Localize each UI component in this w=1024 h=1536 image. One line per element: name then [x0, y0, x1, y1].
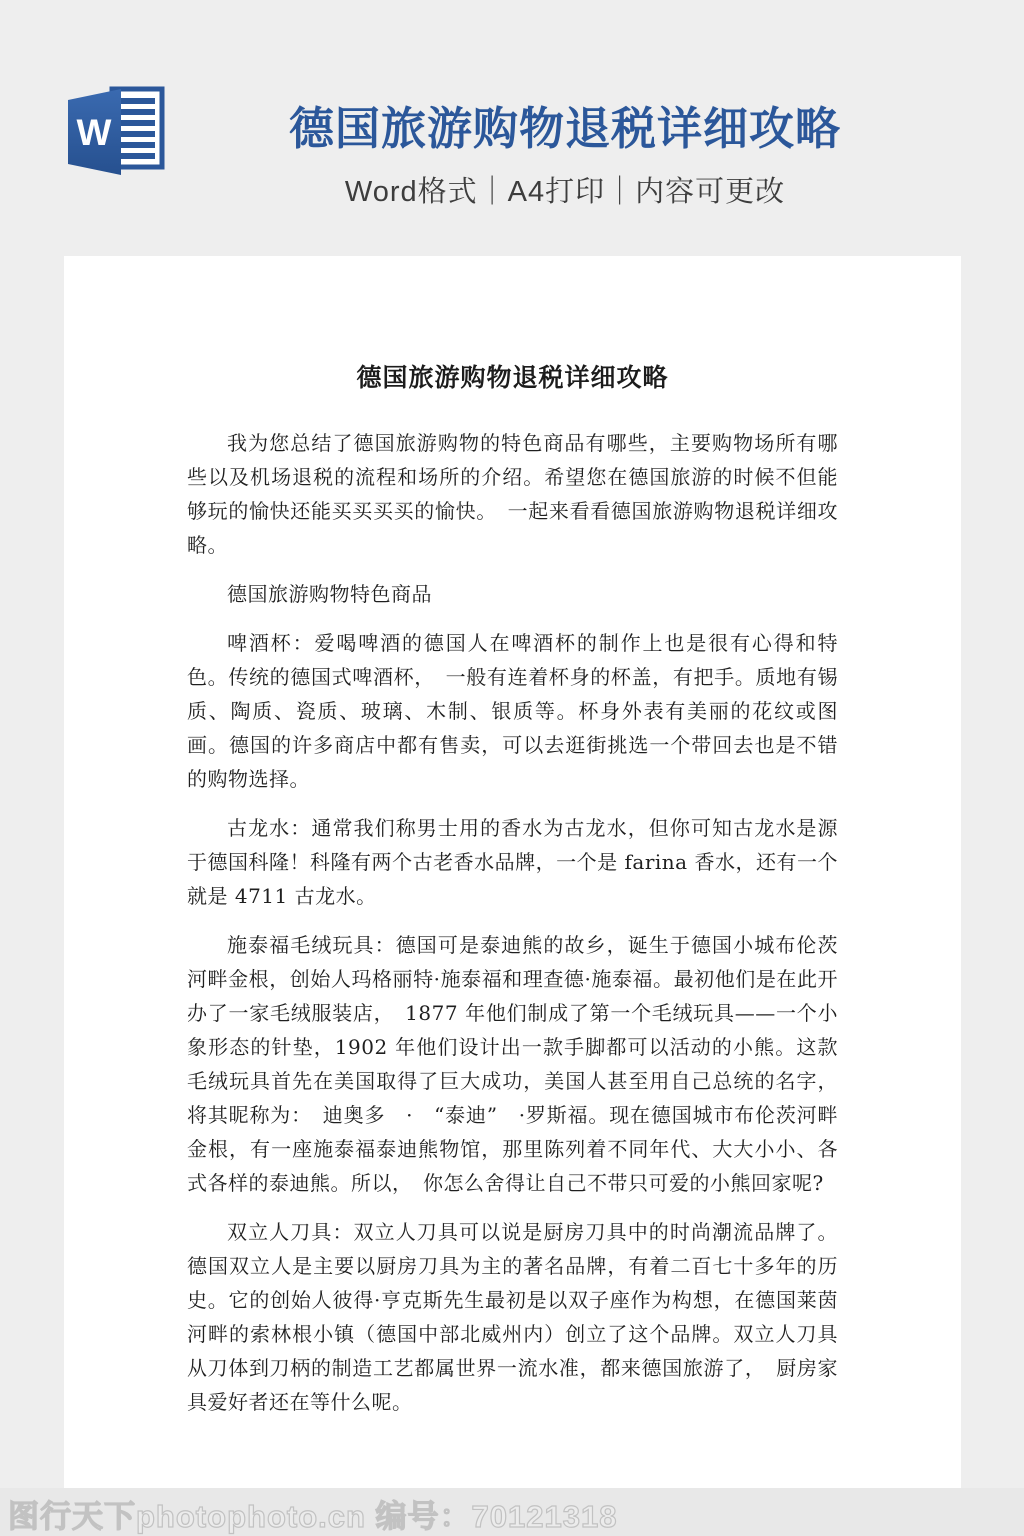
paragraph-cologne: 古龙水：通常我们称男士用的香水为古龙水，但你可知古龙水是源于德国科隆！科隆有两个… [187, 811, 838, 913]
paragraph-steiff-toys: 施泰福毛绒玩具：德国可是泰迪熊的故乡，诞生于德国小城布伦茨河畔金根，创始人玛格丽… [187, 928, 838, 1200]
page-subtitle: Word格式｜A4打印｜内容可更改 [106, 169, 1024, 210]
footer-bar: 图行天下photophoto.cn 编号：70121318 [0, 1488, 1024, 1536]
page-title: 德国旅游购物退税详细攻略 [106, 92, 1024, 157]
paragraph-zwilling-knives: 双立人刀具：双立人刀具可以说是厨房刀具中的时尚潮流品牌了。德国双立人是主要以厨房… [187, 1215, 838, 1419]
paragraph-beer-stein: 啤酒杯：爱喝啤酒的德国人在啤酒杯的制作上也是很有心得和特色。传统的德国式啤酒杯，… [187, 626, 838, 796]
document-body: 我为您总结了德国旅游购物的特色商品有哪些，主要购物场所有哪些以及机场退税的流程和… [187, 426, 838, 1419]
header: W 德国旅游购物退税详细攻略 Word格式｜A4打印｜内容可更改 [0, 0, 1024, 256]
paragraph-section-heading: 德国旅游购物特色商品 [187, 577, 838, 611]
watermark-text: 图行天下photophoto.cn 编号：70121318 [8, 1491, 617, 1536]
document-title: 德国旅游购物退税详细攻略 [187, 358, 838, 394]
paragraph-intro: 我为您总结了德国旅游购物的特色商品有哪些，主要购物场所有哪些以及机场退税的流程和… [187, 426, 838, 562]
template-preview-screen: W 德国旅游购物退税详细攻略 Word格式｜A4打印｜内容可更改 德国旅游购物退… [0, 0, 1024, 1536]
header-text-block: 德国旅游购物退税详细攻略 Word格式｜A4打印｜内容可更改 [106, 92, 1024, 210]
document-page: 德国旅游购物退税详细攻略 我为您总结了德国旅游购物的特色商品有哪些，主要购物场所… [64, 256, 961, 1488]
